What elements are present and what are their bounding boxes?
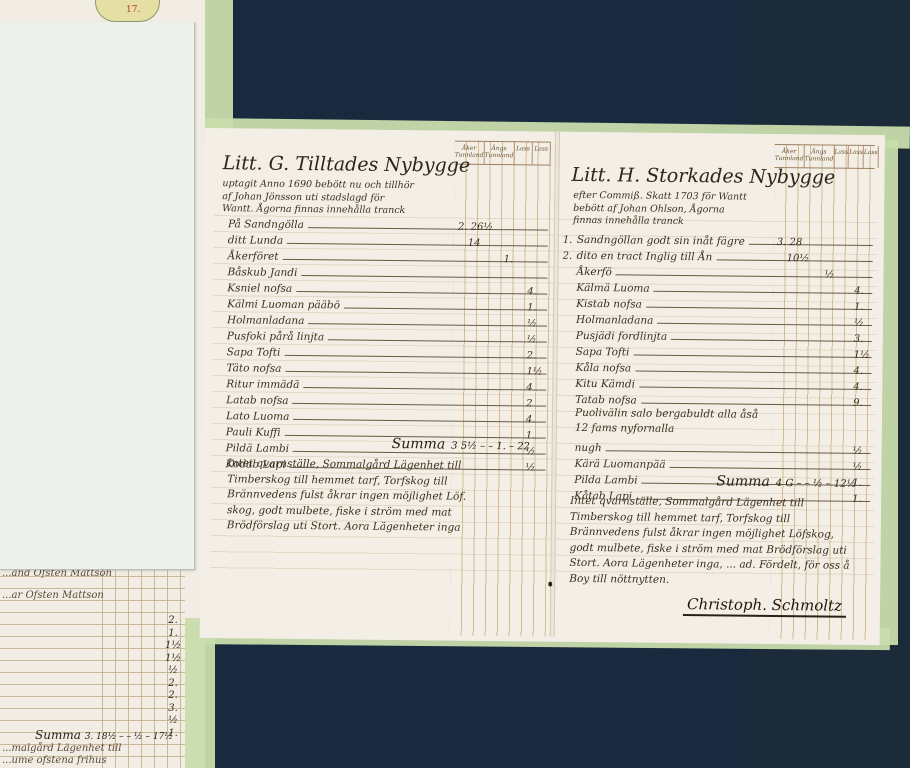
parcel-row-remark: Puolivälin salo bergabuldt alla åså 12 f…: [575, 406, 871, 441]
entry-intro: efter Commiß. Skatt 1703 för Wantt beböt…: [573, 190, 778, 230]
parcel-list: På Sandngölla2. 26½ ditt Lunda14 Åkerför…: [225, 214, 548, 473]
blank-cover-sheet: [0, 22, 195, 570]
underlying-bottom-line-1: ...malgård Lägenhet till: [2, 743, 121, 754]
map-fragment: 17.: [95, 0, 160, 22]
underlying-bottom-line-2: ...ume ofstena frihus: [2, 755, 107, 766]
summa-total: Summa4 G – – ½ – 12½: [716, 473, 856, 490]
map-parcel-number: 17.: [126, 5, 140, 15]
parcel-list: 1.Sandngöllan godt sin inåt fägre3. 28 2…: [574, 230, 873, 505]
entry-remarks: Intet qvarnställe, Sommalgård Lägenhet t…: [569, 494, 855, 590]
ledger-sheet: Åker Tunnland Ängs Tunnland Lass Lass Li…: [200, 128, 885, 645]
entry-title: Litt. G. Tilltades Nybygge: [223, 152, 471, 177]
surveyor-signature: Christoph. Schmoltz: [683, 595, 846, 618]
underlying-summa: Summa 3. 18½ – – ½ – 17½: [35, 728, 173, 742]
summa-total: Summa3 5½ – – 1. – 22: [392, 436, 530, 453]
ink-blot: [548, 582, 552, 587]
ledger-page-right: Åker Tunnland Ängs Tunnland Lass Lass La…: [555, 142, 878, 640]
entry-intro: uptagit Anno 1690 bebött nu och tillhör …: [222, 178, 462, 218]
tape-strip-top-left: [205, 0, 233, 135]
entry-title: Litt. H. Storkades Nybygge: [571, 164, 835, 189]
underlying-line-2: ...ar Ofsten Mattson: [2, 590, 104, 601]
underlying-values: 2. 1. 1½ 1½ ½ 2. 2. 3. ½ 1.: [163, 615, 183, 740]
entry-remarks: Intet qvarnställe, Sommalgård Lägenhet t…: [227, 456, 468, 536]
ledger-page-left: Åker Tunnland Ängs Tunnland Lass Lass Li…: [210, 138, 555, 637]
